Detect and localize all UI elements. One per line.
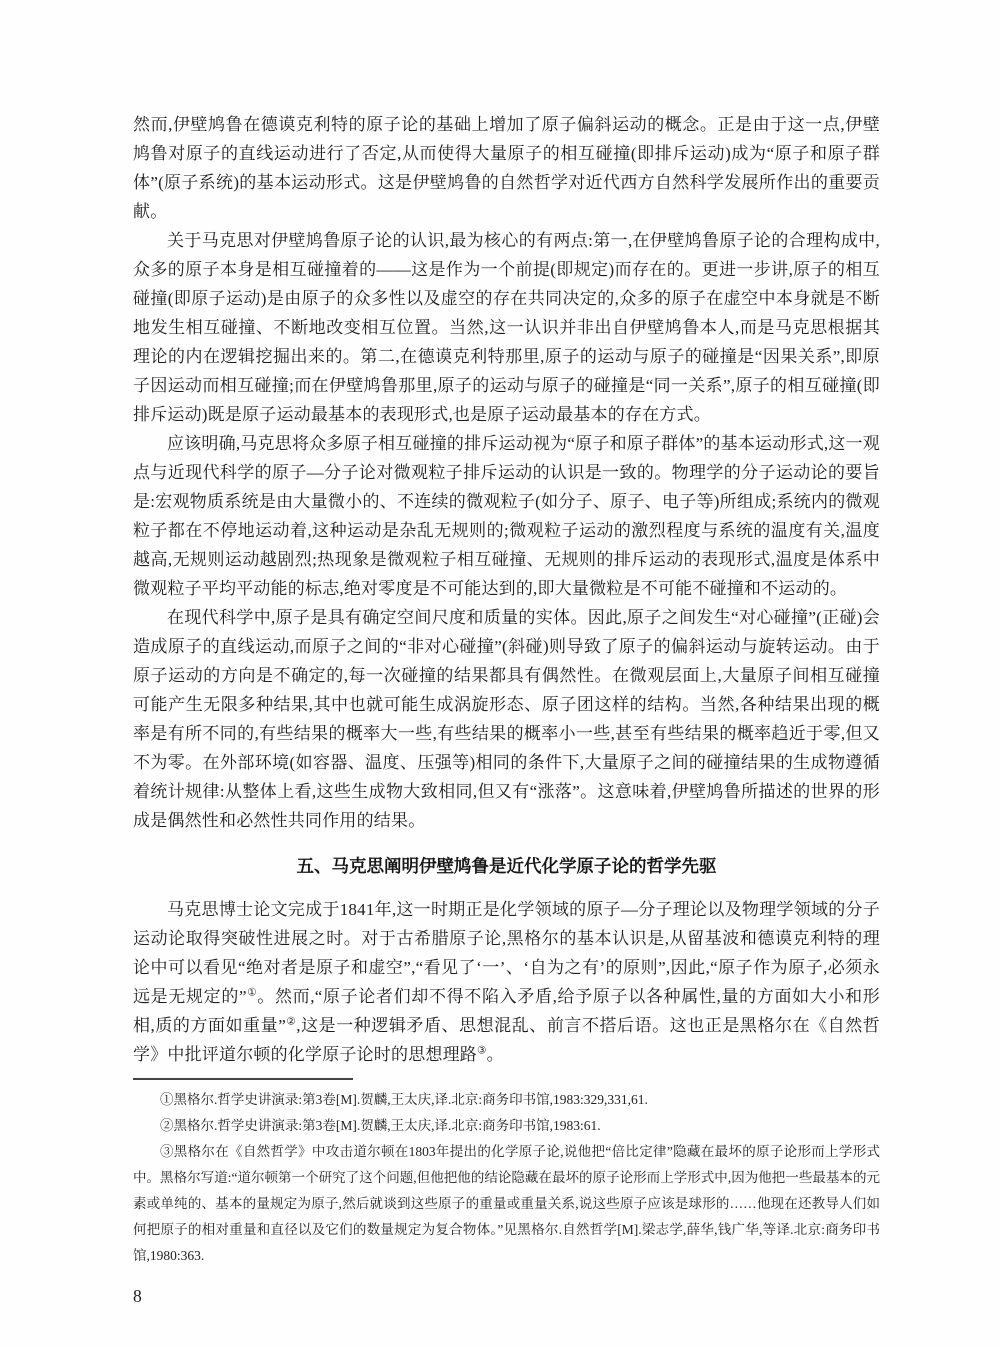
- footnotes-section: ①黑格尔.哲学史讲演录:第3卷[M].贺麟,王太庆,译.北京:商务印书馆,198…: [133, 1078, 880, 1269]
- footnote-ref-2: ②: [286, 1016, 296, 1027]
- body-paragraph-3: 应该明确,马克思将众多原子相互碰撞的排斥运动视为“原子和原子群体”的基本运动形式…: [133, 429, 880, 603]
- footnote-1: ①黑格尔.哲学史讲演录:第3卷[M].贺麟,王太庆,译.北京:商务印书馆,198…: [133, 1087, 880, 1113]
- page-number: 8: [133, 1286, 880, 1307]
- body-paragraph-1: 然而,伊壁鸠鲁在德谟克利特的原子论的基础上增加了原子偏斜运动的概念。正是由于这一…: [133, 110, 880, 226]
- body-paragraph-2: 关于马克思对伊壁鸠鲁原子论的认识,最为核心的有两点:第一,在伊壁鸠鲁原子论的合理…: [133, 226, 880, 429]
- document-page: 然而,伊壁鸠鲁在德谟克利特的原子论的基础上增加了原子偏斜运动的概念。正是由于这一…: [0, 0, 1000, 1347]
- body-paragraph-4: 在现代科学中,原子是具有确定空间尺度和质量的实体。因此,原子之间发生“对心碰撞”…: [133, 603, 880, 835]
- section-heading: 五、马克思阐明伊壁鸠鲁是近代化学原子论的哲学先驱: [133, 851, 880, 881]
- body-paragraph-5: 马克思博士论文完成于1841年,这一时期正是化学领域的原子—分子理论以及物理学领…: [133, 895, 880, 1069]
- footnote-ref-1: ①: [247, 987, 258, 998]
- paragraph-text: 。: [487, 1045, 504, 1064]
- footnote-separator: [133, 1078, 353, 1080]
- text-column: 然而,伊壁鸠鲁在德谟克利特的原子论的基础上增加了原子偏斜运动的概念。正是由于这一…: [133, 110, 880, 1307]
- footnote-2: ②黑格尔.哲学史讲演录:第3卷[M].贺麟,王太庆,译.北京:商务印书馆,198…: [133, 1113, 880, 1139]
- footnote-3: ③黑格尔在《自然哲学》中攻击道尔顿在1803年提出的化学原子论,说他把“倍比定律…: [133, 1139, 880, 1269]
- footnote-ref-3: ③: [477, 1045, 487, 1056]
